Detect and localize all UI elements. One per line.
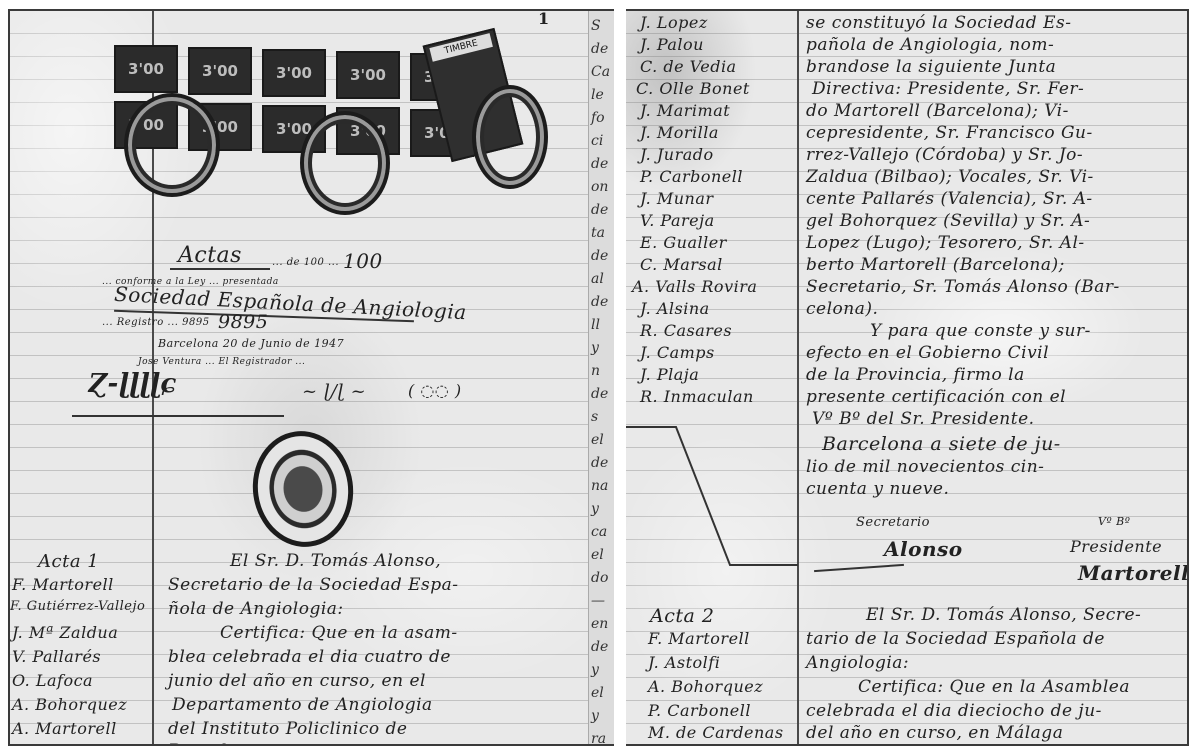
edge-fragment: S [589, 15, 614, 38]
body-line: Secretario, Sr. Tomás Alonso (Bar- [806, 277, 1120, 297]
body-line: berto Martorell (Barcelona); [806, 255, 1065, 275]
president-label: Presidente [1070, 537, 1162, 556]
body-line: brandose la siguiente Junta [806, 57, 1056, 77]
attendee-name: F. Gutiérrez-Vallejo [10, 599, 145, 614]
attendee-name: C. Marsal [640, 255, 723, 274]
attendee-name: J. Marimat [640, 101, 730, 120]
body-line: El Sr. D. Tomás Alonso, [230, 551, 441, 571]
attendee-name: F. Martorell [648, 629, 750, 648]
body-line: tario de la Sociedad Española de [806, 629, 1105, 649]
attendee-name: J. Mª Zaldua [12, 623, 118, 642]
president-signature: Martorell [1078, 561, 1189, 585]
body-line: rrez-Vallejo (Córdoba) y Sr. Jo- [806, 145, 1083, 165]
attendee-name: J. Palou [640, 35, 704, 54]
edge-fragment: s [589, 406, 614, 429]
attendee-name: R. Inmaculan [640, 387, 754, 406]
body-line: blea celebrada el dia cuatro de [168, 647, 451, 667]
edge-fragment: ll [589, 314, 614, 337]
edge-fragment: na [589, 475, 614, 498]
edge-fragment: ta [589, 222, 614, 245]
revenue-stamp: 3'00 [188, 47, 252, 95]
body-line: Zaldua (Bilbao); Vocales, Sr. Vi- [806, 167, 1094, 187]
margin-closing-bracket [626, 423, 798, 573]
society-seal-icon [245, 425, 360, 554]
edge-fragment: y [589, 705, 614, 728]
attendee-name: C. de Vedia [640, 57, 737, 76]
body-line: junio del año en curso, en el [168, 671, 426, 691]
right-page: J. Lopez J. Palou C. de Vedia C. Olle Bo… [626, 9, 1189, 746]
left-page: 1 3'00 3'00 3'00 3'00 3'00 3'00 3'00 3'0… [8, 9, 614, 746]
page-number: 1 [538, 9, 550, 28]
attendee-name: V. Pareja [640, 211, 715, 230]
cancellation-seal-icon [124, 93, 220, 197]
body-line: Y para que conste y sur- [870, 321, 1091, 341]
registration-amount: 100 [343, 249, 383, 273]
body-line: Vº Bº del Sr. Presidente. [812, 409, 1035, 429]
registration-line: ... Registro ... 9895 [102, 317, 210, 328]
official-seal-mark: ( ◌◌ ) [408, 381, 462, 400]
edge-fragment: ci [589, 130, 614, 153]
body-line: Barcelona ... [168, 741, 283, 746]
edge-fragment: do [589, 567, 614, 590]
registry-number: 9895 [218, 311, 268, 333]
attendee-name: J. Lopez [640, 13, 708, 32]
body-line: lio de mil novecientos cin- [806, 457, 1044, 477]
edge-fragment: en [589, 613, 614, 636]
edge-fragment: de [589, 291, 614, 314]
approval-label: Vº Bº [1098, 515, 1130, 528]
attendee-name: E. Gualler [640, 233, 727, 252]
edge-fragment: le [589, 84, 614, 107]
attendee-name: A. Bohorquez [12, 695, 127, 714]
registration-date: Barcelona 20 de Junio de 1947 [158, 337, 344, 350]
edge-fragment: y [589, 498, 614, 521]
revenue-stamp: 3'00 [262, 49, 326, 97]
cancellation-seal-icon [300, 111, 390, 215]
attendee-name: J. Astolfi [648, 653, 720, 672]
edge-fragment: n [589, 360, 614, 383]
official-signature: ~ ɭ/ɭ ~ [302, 381, 366, 402]
revenue-stamp: 3'00 [336, 51, 400, 99]
body-line: cente Pallarés (Valencia), Sr. A- [806, 189, 1093, 209]
attendee-name: F. Martorell [12, 575, 114, 594]
attendee-name: J. Jurado [640, 145, 714, 164]
body-line: de la Provincia, firmo la [806, 365, 1025, 385]
attendee-name: V. Pallarés [12, 647, 101, 666]
body-line: Certifica: Que en la asam- [220, 623, 458, 643]
body-line: Barcelona a siete de ju- [822, 433, 1061, 455]
attendee-name: A. Martorell [12, 719, 117, 738]
edge-fragment: al [589, 268, 614, 291]
body-line: Departamento de Angiologia [172, 695, 433, 715]
body-line: efecto en el Gobierno Civil [806, 343, 1049, 363]
acta-1-heading: Acta 1 [38, 551, 99, 572]
stamp-label: TIMBRE [429, 33, 493, 62]
edge-fragment: el [589, 429, 614, 452]
attendee-name: C. Olle Bonet [636, 79, 750, 98]
edge-fragment: on [589, 176, 614, 199]
edge-fragment: — [589, 590, 614, 613]
underline [170, 268, 270, 270]
attendee-name: P. Carbonell [648, 701, 751, 720]
edge-fragment: el [589, 544, 614, 567]
registration-line: Jose Ventura ... El Registrador ... [138, 357, 305, 367]
edge-fragment: y [589, 337, 614, 360]
attendee-name: R. Casares [640, 321, 732, 340]
edge-fragment: ca [589, 521, 614, 544]
edge-fragment: de [589, 153, 614, 176]
body-line: celona). [806, 299, 878, 319]
registrar-signature: Ɀ-ɭɭɭɭɕ [88, 369, 177, 399]
body-line: Angiologia: [806, 653, 909, 673]
body-line: Certifica: Que en la Asamblea [858, 677, 1130, 697]
revenue-stamps: 3'00 3'00 3'00 3'00 3'00 3'00 3'00 3'00 … [114, 45, 524, 161]
body-line: ñola de Angiologia: [168, 599, 344, 619]
body-line: pañola de Angiologia, nom- [806, 35, 1054, 55]
facing-page-edge-strip: S de Ca le fo ci de on de ta de al de ll… [588, 11, 614, 744]
edge-fragment: de [589, 245, 614, 268]
secretary-signature: Alonso [884, 537, 963, 561]
revenue-stamp: 3'00 [114, 45, 178, 93]
edge-fragment: de [589, 383, 614, 406]
body-line: do Martorell (Barcelona); Vi- [806, 101, 1069, 121]
signature-flourish [814, 564, 904, 572]
body-line: Secretario de la Sociedad Espa- [168, 575, 459, 595]
body-line: Directiva: Presidente, Sr. Fer- [812, 79, 1084, 99]
acta-2-heading: Acta 2 [650, 605, 714, 627]
margin-rule [797, 11, 799, 744]
edge-fragment: ra [589, 728, 614, 746]
registration-title: Actas [178, 243, 242, 268]
attendee-name: J. Plaja [640, 365, 699, 384]
edge-fragment: de [589, 452, 614, 475]
body-line: se constituyó la Sociedad Es- [806, 13, 1071, 33]
body-line: gel Bohorquez (Sevilla) y Sr. A- [806, 211, 1090, 231]
attendee-name: P. Carbonell [640, 167, 743, 186]
body-line: del año en curso, en Málaga [806, 723, 1063, 743]
registration-line: ... de 100 ... [272, 257, 339, 268]
attendee-name: J. Camps [640, 343, 715, 362]
attendee-name: J. Alsina [640, 299, 710, 318]
cancellation-seal-icon [472, 85, 548, 189]
attendee-name: M. de Cardenas [648, 723, 784, 742]
body-line: El Sr. D. Tomás Alonso, Secre- [866, 605, 1141, 625]
attendee-name: J. Munar [640, 189, 714, 208]
body-line: cepresidente, Sr. Francisco Gu- [806, 123, 1093, 143]
body-line: presente certificación con el [806, 387, 1066, 407]
underline [72, 415, 284, 417]
body-line: celebrada el dia dieciocho de ju- [806, 701, 1102, 721]
body-line: Lopez (Lugo); Tesorero, Sr. Al- [806, 233, 1085, 253]
attendee-name: J. Olivera [12, 741, 91, 746]
attendee-name: A. Bohorquez [648, 677, 763, 696]
edge-fragment: fo [589, 107, 614, 130]
attendee-name: J. Morilla [640, 123, 719, 142]
attendee-name: A. Valls Rovira [632, 277, 757, 296]
edge-fragment: Ca [589, 61, 614, 84]
attendee-name: O. Lafoca [12, 671, 93, 690]
body-line: del Instituto Policlinico de [168, 719, 407, 739]
edge-fragment: y [589, 659, 614, 682]
edge-fragment: de [589, 38, 614, 61]
secretary-label: Secretario [856, 515, 930, 530]
edge-fragment: el [589, 682, 614, 705]
edge-fragment: de [589, 636, 614, 659]
edge-fragment: de [589, 199, 614, 222]
body-line: cuenta y nueve. [806, 479, 949, 499]
